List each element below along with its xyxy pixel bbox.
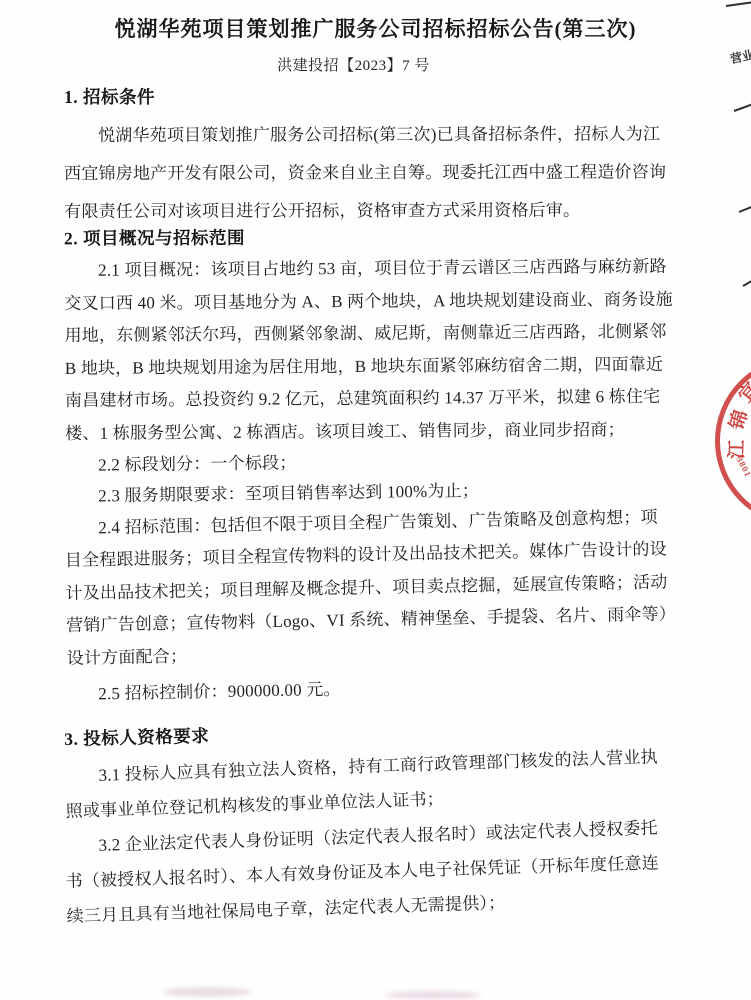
section-1-heading: 1. 招标条件 xyxy=(64,84,155,109)
section-2-heading: 2. 项目概况与招标范围 xyxy=(64,225,245,251)
text-line: 用地，东侧紧邻沃尔玛，西侧紧邻象湖、威尼斯，南侧靠近三店西路，北侧紧邻 xyxy=(64,316,664,353)
document-page: 悦湖华苑项目策划推广服务公司招标招标公告(第三次) 洪建投招【2023】7 号 … xyxy=(0,0,751,1000)
text-line: 交叉口西 40 米。项目基地分为 A、B 两个地块，A 地块规划建设商业、商务设… xyxy=(64,283,664,320)
paragraph-tender-scope: 2.4 招标范围：包括但不限于项目全程广告策划、广告策略及创意构想；项 目全程跟… xyxy=(64,501,667,675)
text-line: 南昌建材市场。总投资约 9.2 亿元，总建筑面积约 14.37 万平米，拟建 6… xyxy=(65,381,665,418)
text-line: 2.1 项目概况：该项目占地约 53 亩，项目位于青云谱区三店西路与麻纺新路 xyxy=(64,251,664,288)
paragraph-tender-conditions: 悦湖华苑项目策划推广服务公司招标(第三次)已具备招标条件，招标人为江 西宜锦房地… xyxy=(64,115,664,231)
scan-smudge xyxy=(163,987,251,997)
scan-artifact-line xyxy=(734,104,751,112)
document-title: 悦湖华苑项目策划推广服务公司招标招标公告(第三次) xyxy=(0,13,751,43)
paragraph-control-price: 2.5 招标控制价：900000.00 元。 xyxy=(64,667,665,711)
scan-artifact-line xyxy=(739,206,751,213)
scan-artifact-line xyxy=(726,1,751,7)
edge-note-partial-text: 营业 xyxy=(728,46,751,68)
scan-artifact-line xyxy=(743,280,751,287)
document-number: 洪建投招【2023】7 号 xyxy=(0,54,729,75)
seal-character: 江 xyxy=(722,440,750,460)
paragraph-project-overview: 2.1 项目概况：该项目占地约 53 亩，项目位于青云谱区三店西路与麻纺新路 交… xyxy=(64,251,665,450)
text-line: 悦湖华苑项目策划推广服务公司招标(第三次)已具备招标条件，招标人为江 xyxy=(64,115,664,155)
text-line: B 地块，B 地块规划用途为居住用地，B 地块东面紧邻麻纺宿舍二期，四面靠近 xyxy=(65,348,665,385)
section-3-heading: 3. 投标人资格要求 xyxy=(64,723,210,751)
text-line: 西宜锦房地产开发有限公司，资金来自业主自筹。现委托江西中盛工程造价咨询 xyxy=(64,153,664,193)
text-line: 2.5 招标控制价：900000.00 元。 xyxy=(64,667,665,711)
scan-smudge xyxy=(385,991,481,999)
paragraph-bidder-qualification-2: 3.2 企业法定代表人身份证明（法定代表人报名时）或法定代表人授权委托 书（被授… xyxy=(64,810,667,934)
